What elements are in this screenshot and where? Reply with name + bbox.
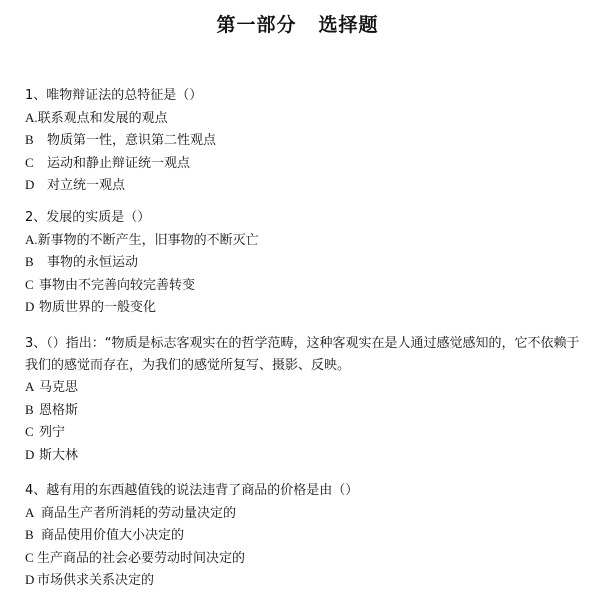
option-c: C运动和静止辩证统一观点 bbox=[25, 152, 216, 175]
question-1: 1、唯物辩证法的总特征是（） A.联系观点和发展的观点 B物质第一性，意识第二性… bbox=[25, 85, 216, 197]
option-b: B恩格斯 bbox=[25, 399, 580, 422]
section-name: 选择题 bbox=[319, 14, 379, 36]
question-stem: 1、唯物辩证法的总特征是（） bbox=[25, 85, 216, 107]
option-a: A商品生产者所消耗的劳动量决定的 bbox=[25, 502, 358, 525]
option-c: C事物由不完善向较完善转变 bbox=[25, 274, 259, 297]
option-b: B物质第一性，意识第二性观点 bbox=[25, 129, 216, 152]
option-c: C列宁 bbox=[25, 421, 580, 444]
section-title: 第一部分选择题 bbox=[0, 10, 595, 37]
option-c: C生产商品的社会必要劳动时间决定的 bbox=[25, 547, 358, 570]
option-b: B商品使用价值大小决定的 bbox=[25, 524, 358, 547]
option-a: A.新事物的不断产生，旧事物的不断灭亡 bbox=[25, 229, 259, 252]
question-3: 3、（）指出：“物质是标志客观实在的哲学范畴，这种客观实在是人通过感觉感知的，它… bbox=[25, 333, 580, 466]
option-b: B事物的永恒运动 bbox=[25, 251, 259, 274]
option-d: D斯大林 bbox=[25, 444, 580, 467]
question-stem: 3、（）指出：“物质是标志客观实在的哲学范畴，这种客观实在是人通过感觉感知的，它… bbox=[25, 333, 580, 376]
option-a: A马克思 bbox=[25, 376, 580, 399]
option-d: D物质世界的一般变化 bbox=[25, 296, 259, 319]
question-2: 2、发展的实质是（） A.新事物的不断产生，旧事物的不断灭亡 B事物的永恒运动 … bbox=[25, 207, 259, 319]
option-a: A.联系观点和发展的观点 bbox=[25, 107, 216, 130]
question-stem: 2、发展的实质是（） bbox=[25, 207, 259, 229]
section-part: 第一部分 bbox=[216, 14, 296, 36]
question-4: 4、越有用的东西越值钱的说法违背了商品的价格是由（） A商品生产者所消耗的劳动量… bbox=[25, 480, 358, 592]
option-d: D对立统一观点 bbox=[25, 174, 216, 197]
question-stem: 4、越有用的东西越值钱的说法违背了商品的价格是由（） bbox=[25, 480, 358, 502]
option-d: D市场供求关系决定的 bbox=[25, 569, 358, 592]
